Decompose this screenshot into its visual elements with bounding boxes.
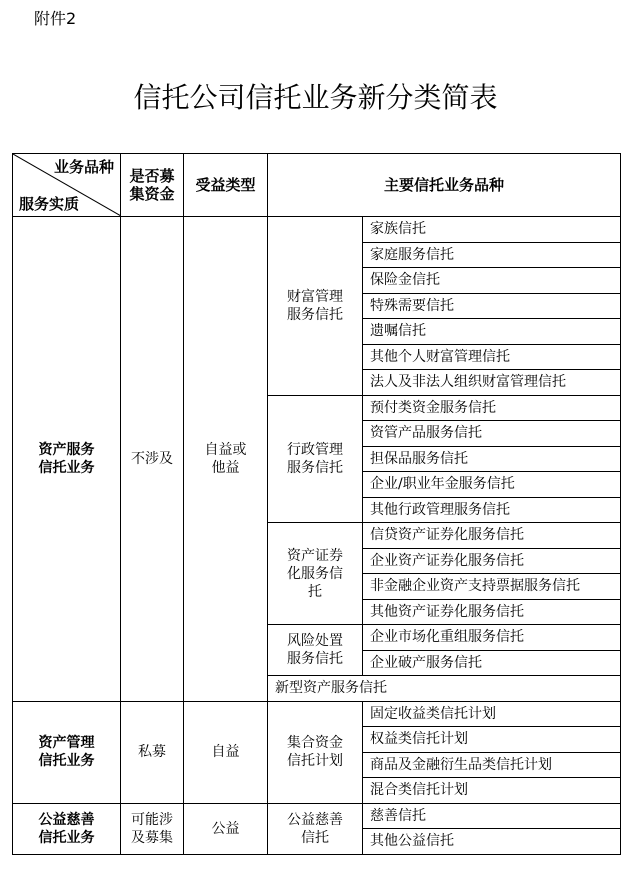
list-item: 信贷资产证券化服务信托 xyxy=(363,523,621,549)
list-item: 特殊需要信托 xyxy=(363,293,621,319)
header-business-type: 业务品种 xyxy=(54,158,114,176)
fundraising-cell: 可能涉及募集 xyxy=(121,803,184,854)
page-title: 信托公司信托业务新分类简表 xyxy=(0,76,631,116)
diagonal-header-cell: 业务品种 服务实质 xyxy=(13,154,121,217)
fundraising-cell: 私募 xyxy=(121,701,184,803)
list-item: 企业/职业年金服务信托 xyxy=(363,472,621,498)
beneficiary-cell: 自益 xyxy=(184,701,268,803)
list-item: 固定收益类信托计划 xyxy=(363,701,621,727)
group-cell: 风险处置服务信托 xyxy=(268,625,363,676)
annex-label: 附件2 xyxy=(34,6,76,29)
service-category-cell: 公益慈善信托业务 xyxy=(13,803,121,854)
list-item: 慈善信托 xyxy=(363,803,621,829)
list-item: 企业资产证券化服务信托 xyxy=(363,548,621,574)
header-row: 业务品种 服务实质 是否募集资金 受益类型 主要信托业务品种 xyxy=(13,154,621,217)
list-item: 家族信托 xyxy=(363,217,621,243)
list-item: 遗嘱信托 xyxy=(363,319,621,345)
header-fundraising: 是否募集资金 xyxy=(121,154,184,217)
header-service-nature: 服务实质 xyxy=(19,195,79,213)
service-category-cell: 资产管理信托业务 xyxy=(13,701,121,803)
group-cell: 资产证券化服务信托 xyxy=(268,523,363,625)
group-cell: 行政管理服务信托 xyxy=(268,395,363,523)
list-item: 非金融企业资产支持票据服务信托 xyxy=(363,574,621,600)
list-item: 保险金信托 xyxy=(363,268,621,294)
list-item: 混合类信托计划 xyxy=(363,778,621,804)
list-item: 资管产品服务信托 xyxy=(363,421,621,447)
beneficiary-cell: 自益或他益 xyxy=(184,217,268,702)
list-item-new-type: 新型资产服务信托 xyxy=(268,676,621,702)
list-item: 其他个人财富管理信托 xyxy=(363,344,621,370)
list-item: 其他资产证券化服务信托 xyxy=(363,599,621,625)
table-row: 资产服务信托业务 不涉及 自益或他益 财富管理服务信托 家族信托 xyxy=(13,217,621,243)
list-item: 商品及金融衍生品类信托计划 xyxy=(363,752,621,778)
list-item: 企业破产服务信托 xyxy=(363,650,621,676)
list-item: 企业市场化重组服务信托 xyxy=(363,625,621,651)
list-item: 权益类信托计划 xyxy=(363,727,621,753)
header-beneficiary: 受益类型 xyxy=(184,154,268,217)
group-cell: 公益慈善信托 xyxy=(268,803,363,854)
list-item: 其他公益信托 xyxy=(363,829,621,855)
list-item: 家庭服务信托 xyxy=(363,242,621,268)
service-category-cell: 资产服务信托业务 xyxy=(13,217,121,702)
list-item: 法人及非法人组织财富管理信托 xyxy=(363,370,621,396)
list-item: 其他行政管理服务信托 xyxy=(363,497,621,523)
beneficiary-cell: 公益 xyxy=(184,803,268,854)
list-item: 担保品服务信托 xyxy=(363,446,621,472)
fundraising-cell: 不涉及 xyxy=(121,217,184,702)
header-main-types: 主要信托业务品种 xyxy=(268,154,621,217)
group-cell: 集合资金信托计划 xyxy=(268,701,363,803)
list-item: 预付类资金服务信托 xyxy=(363,395,621,421)
classification-table: 业务品种 服务实质 是否募集资金 受益类型 主要信托业务品种 资产服务信托业务 … xyxy=(12,153,621,855)
group-cell: 财富管理服务信托 xyxy=(268,217,363,396)
